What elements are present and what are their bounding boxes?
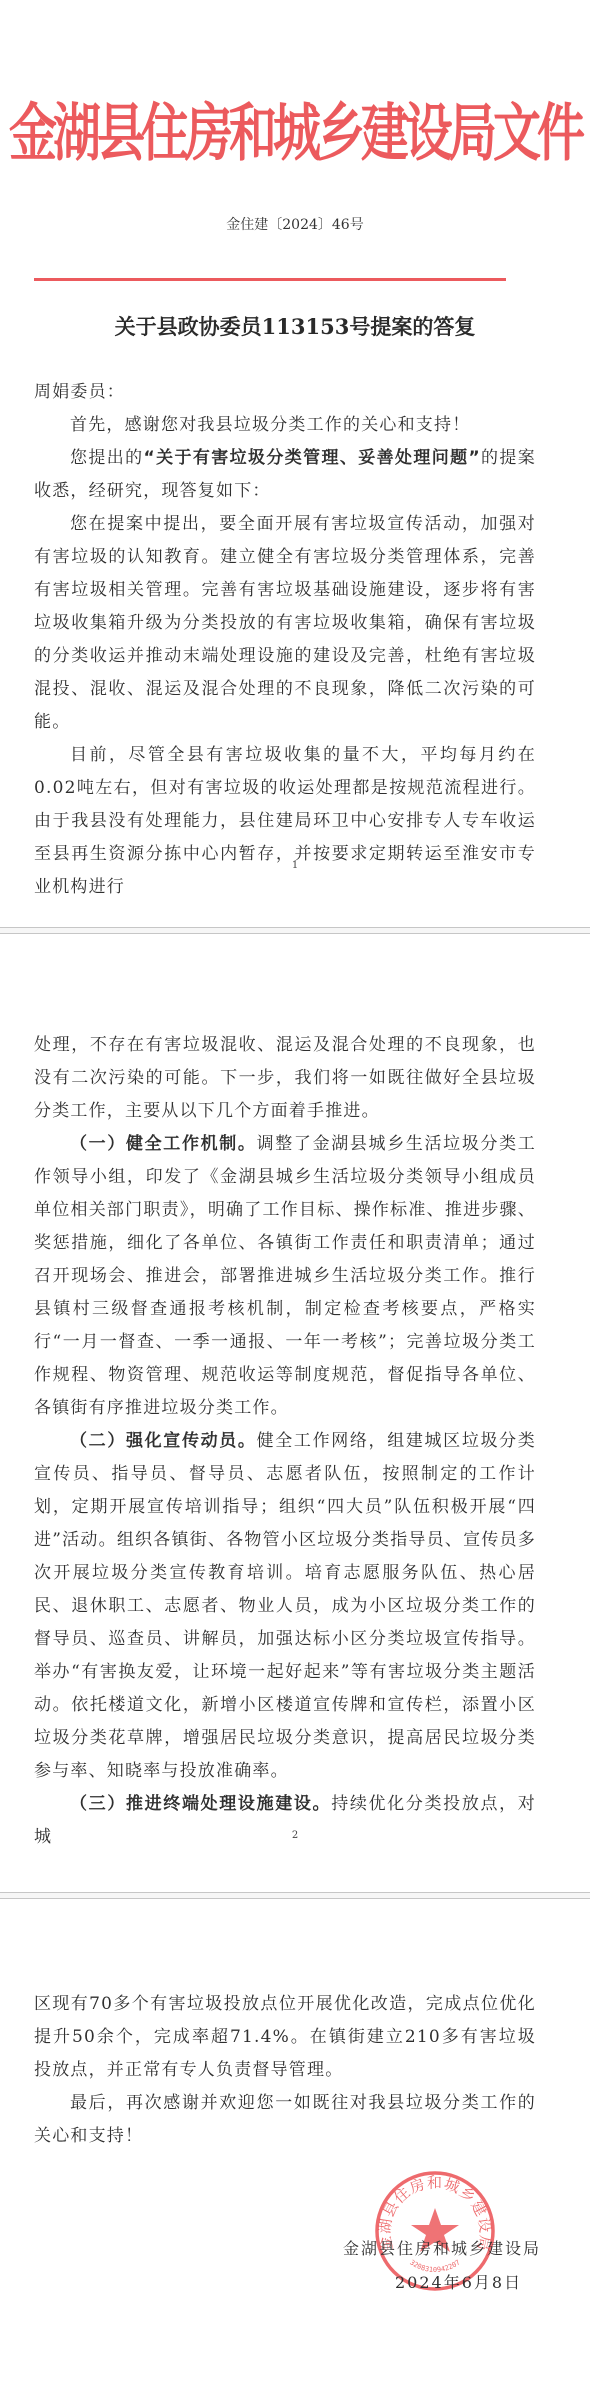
document-heading: 关于县政协委员113153号提案的答复 bbox=[0, 311, 590, 341]
section-title: （一）健全工作机制。 bbox=[70, 1134, 257, 1154]
page-1-body: 周娟委员： 首先，感谢您对我县垃圾分类工作的关心和支持！ 您提出的“关于有害垃圾… bbox=[34, 376, 536, 904]
paragraph: 处理，不存在有害垃圾混收、混运及混合处理的不良现象，也没有二次污染的可能。下一步… bbox=[34, 1029, 536, 1128]
page-3: 区现有70多个有害垃圾投放点位开展优化改造，完成点位优化提升50余个，完成率超7… bbox=[0, 1899, 590, 2396]
salutation: 周娟委员： bbox=[34, 376, 536, 409]
section-2: （二）强化宣传动员。健全工作网络，组建城区垃圾分类宣传员、指导员、督导员、志愿者… bbox=[34, 1425, 536, 1788]
paragraph: 您提出的“关于有害垃圾分类管理、妥善处理问题”的提案收悉，经研究，现答复如下： bbox=[34, 442, 536, 508]
section-title: （二）强化宣传动员。 bbox=[70, 1431, 257, 1451]
page-3-body: 区现有70多个有害垃圾投放点位开展优化改造，完成点位优化提升50余个，完成率超7… bbox=[34, 1988, 536, 2153]
closing-paragraph: 最后，再次感谢并欢迎您一如既往对我县垃圾分类工作的关心和支持！ bbox=[34, 2087, 536, 2153]
section-body: 健全工作网络，组建城区垃圾分类宣传员、指导员、督导员、志愿者队伍，按照制定的工作… bbox=[34, 1431, 536, 1781]
page-separator bbox=[0, 927, 590, 934]
paragraph: 区现有70多个有害垃圾投放点位开展优化改造，完成点位优化提升50余个，完成率超7… bbox=[34, 1988, 536, 2087]
signing-organization: 金湖县住房和城乡建设局 bbox=[343, 2236, 541, 2259]
section-title: （三）推进终端处理设施建设。 bbox=[70, 1794, 331, 1814]
page-1: 金湖县住房和城乡建设局文件 金住建〔2024〕46号 关于县政协委员113153… bbox=[0, 0, 590, 927]
section-1: （一）健全工作机制。调整了金湖县城乡生活垃圾分类工作领导小组，印发了《金湖县城乡… bbox=[34, 1128, 536, 1425]
page-number: 1 bbox=[0, 860, 590, 871]
page-2: 处理，不存在有害垃圾混收、混运及混合处理的不良现象，也没有二次污染的可能。下一步… bbox=[0, 934, 590, 1892]
section-body: 调整了金湖县城乡生活垃圾分类工作领导小组，印发了《金湖县城乡生活垃圾分类领导小组… bbox=[34, 1134, 536, 1418]
issuer-red-header: 金湖县住房和城乡建设局文件 bbox=[0, 100, 590, 168]
red-divider-line bbox=[34, 278, 506, 281]
paragraph-text: 您提出的 bbox=[70, 448, 144, 468]
document-number: 金住建〔2024〕46号 bbox=[0, 214, 590, 234]
paragraph: 您在提案中提出，要全面开展有害垃圾宣传活动，加强对有害垃圾的认知教育。建立健全有… bbox=[34, 508, 536, 739]
paragraph: 目前，尽管全县有害垃圾收集的量不大，平均每月约在0.02吨左右，但对有害垃圾的收… bbox=[34, 739, 536, 904]
paragraph: 首先，感谢您对我县垃圾分类工作的关心和支持！ bbox=[34, 409, 536, 442]
signing-date: 2024年6月8日 bbox=[395, 2270, 522, 2293]
proposal-title: “关于有害垃圾分类管理、妥善处理问题” bbox=[144, 448, 481, 468]
page-2-body: 处理，不存在有害垃圾混收、混运及混合处理的不良现象，也没有二次污染的可能。下一步… bbox=[34, 1029, 536, 1854]
page-number: 2 bbox=[0, 1830, 590, 1841]
page-separator bbox=[0, 1892, 590, 1899]
section-3: （三）推进终端处理设施建设。持续优化分类投放点，对城 bbox=[34, 1788, 536, 1854]
